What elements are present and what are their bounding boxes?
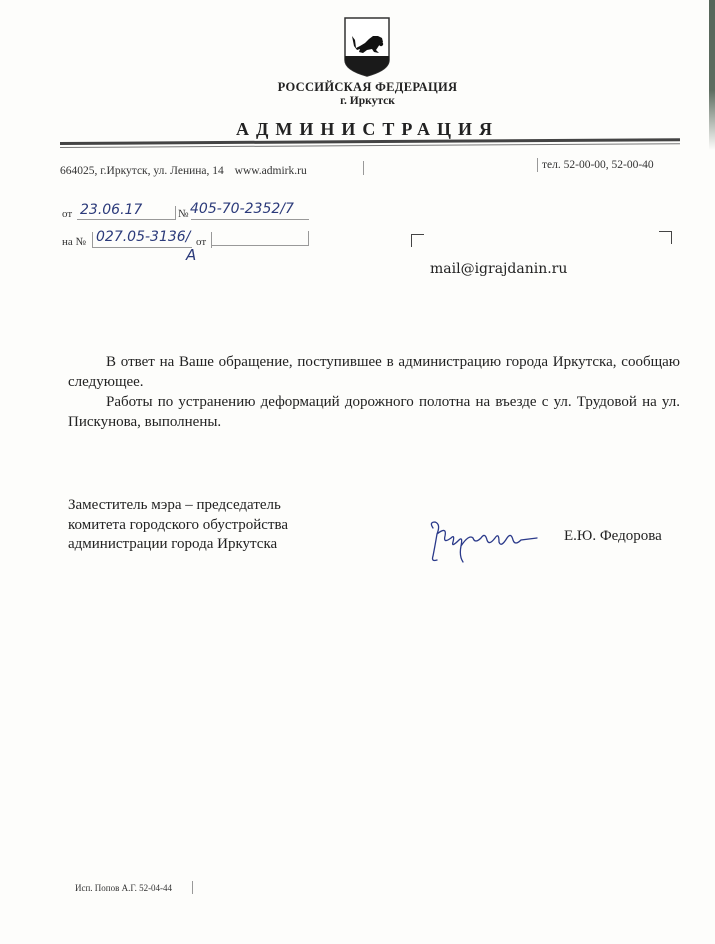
body-paragraph: В ответ на Ваше обращение, поступившее в… <box>68 352 680 392</box>
divider <box>192 881 193 894</box>
executor-info: Исп. Попов А.Г. 52-04-44 <box>75 883 172 893</box>
country-name: РОССИЙСКАЯ ФЕДЕРАЦИЯ <box>0 80 715 95</box>
date-label: от <box>62 208 72 220</box>
address-corner-top-right <box>659 231 672 244</box>
number-label: № <box>178 208 189 220</box>
divider <box>175 206 176 220</box>
body-paragraph: Работы по устранению деформаций дорожног… <box>68 392 680 432</box>
address: 664025, г.Иркутск, ул. Ленина, 14 <box>60 165 224 177</box>
divider <box>92 232 93 248</box>
reply-to-suffix: А <box>186 246 196 264</box>
signatory-name: Е.Ю. Федорова <box>564 528 662 545</box>
title-line: администрации города Иркутска <box>68 535 288 555</box>
letter-body: В ответ на Ваше обращение, поступившее в… <box>68 352 680 432</box>
title-line: комитета городского обустройства <box>68 516 288 536</box>
reply-to-field <box>92 247 192 248</box>
website-link[interactable]: www.admirk.ru <box>235 165 307 177</box>
title-line: Заместитель мэра – председатель <box>68 496 288 516</box>
number-field <box>191 219 309 220</box>
divider <box>308 231 309 245</box>
reply-date-field <box>211 245 309 246</box>
divider <box>363 161 364 175</box>
reply-to-value: 027.05-3136/ <box>96 229 190 245</box>
address-corner-top-left <box>411 234 424 247</box>
date-field <box>77 219 175 220</box>
handwritten-signature <box>425 516 540 566</box>
divider <box>537 158 538 172</box>
number-value: 405-70-2352/7 <box>190 201 294 217</box>
contact-address-line: 664025, г.Иркутск, ул. Ленина, 14 www.ad… <box>60 165 307 177</box>
city-name: г. Иркутск <box>0 95 715 107</box>
phone-numbers: тел. 52-00-00, 52-00-40 <box>542 159 654 171</box>
coat-of-arms-icon <box>343 16 391 78</box>
reply-to-label: на № <box>62 236 86 248</box>
organization-title: АДМИНИСТРАЦИЯ <box>0 119 715 140</box>
signatory-title: Заместитель мэра – председатель комитета… <box>68 496 288 555</box>
date-value: 23.06.17 <box>80 202 142 218</box>
recipient-email: mail@igrajdanin.ru <box>430 261 567 277</box>
reply-date-label: от <box>196 236 206 248</box>
